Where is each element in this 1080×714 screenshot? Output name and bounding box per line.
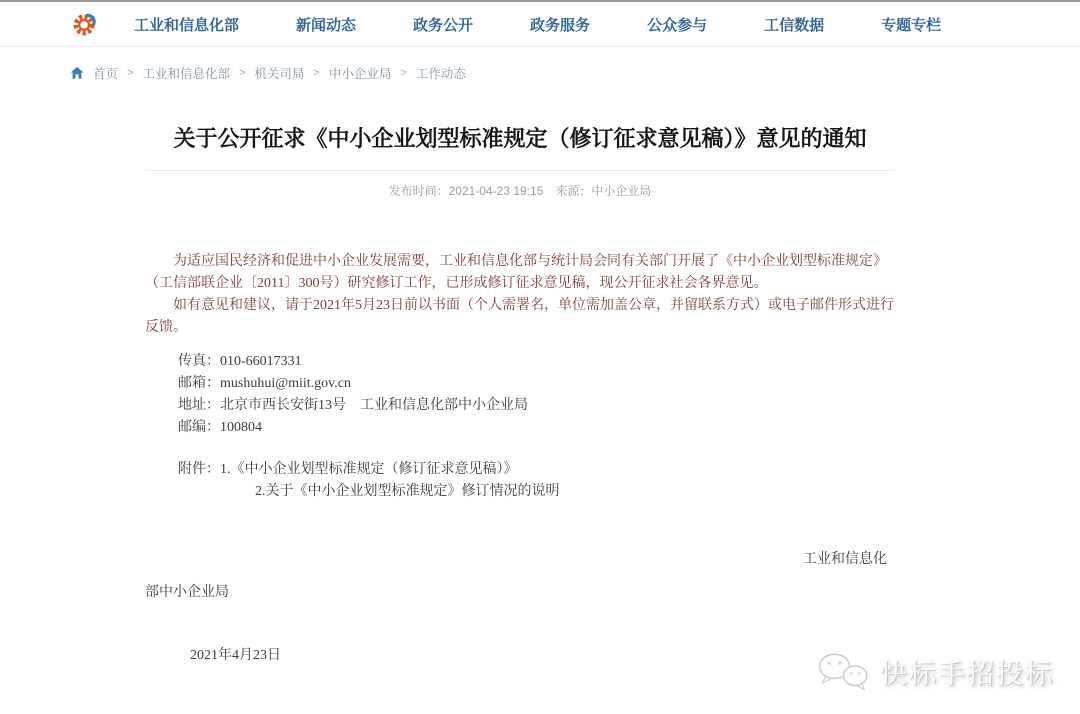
breadcrumb-departments[interactable]: 机关司局 — [254, 64, 304, 82]
signature-line-2: 部中小企业局 — [145, 582, 895, 604]
miit-logo-icon[interactable] — [70, 9, 100, 39]
nav-item-public-participation[interactable]: 公众参与 — [647, 14, 707, 35]
breadcrumb-ministry[interactable]: 工业和信息化部 — [142, 64, 230, 82]
signature-block: 工业和信息化 部中小企业局 — [145, 549, 895, 604]
contact-block: 传真：010-66017331 邮箱：mushuhui@miit.gov.cn … — [145, 351, 895, 439]
page-title: 关于公开征求《中小企业划型标准规定（修订征求意见稿）》意见的通知 — [145, 124, 895, 154]
watermark-text: 快标手招投标 — [880, 652, 1054, 691]
article-body: 为适应国民经济和促进中小企业发展需要，工业和信息化部与统计局会同有关部门开展了《… — [145, 251, 895, 339]
title-divider — [145, 170, 895, 171]
paragraph-2: 如有意见和建议，请于2021年5月23日前以书面（个人需署名，单位需加盖公章，并… — [145, 295, 895, 339]
contact-postcode: 邮编：100804 — [178, 417, 895, 439]
breadcrumb-separator: > — [239, 67, 245, 79]
breadcrumb-sme-bureau[interactable]: 中小企业局 — [329, 64, 392, 82]
breadcrumb: 首页 > 工业和信息化部 > 机关司局 > 中小企业局 > 工作动态 — [70, 64, 1080, 82]
attachment-link-2[interactable]: 2.关于《中小企业划型标准规定》修订情况的说明 — [145, 481, 895, 503]
nav-item-gov-disclosure[interactable]: 政务公开 — [413, 14, 473, 35]
publish-time: 发布时间：2021-04-23 19:15 — [389, 184, 544, 199]
attachment-link-1[interactable]: 附件：1.《中小企业划型标准规定（修订征求意见稿）》 — [145, 459, 895, 481]
home-icon[interactable] — [70, 66, 84, 80]
breadcrumb-home[interactable]: 首页 — [93, 64, 118, 82]
top-nav-bar: 工业和信息化部 新闻动态 政务公开 政务服务 公众参与 工信数据 专题专栏 — [0, 2, 1080, 47]
nav-item-ministry[interactable]: 工业和信息化部 — [134, 14, 239, 35]
contact-fax: 传真：010-66017331 — [178, 351, 895, 373]
nav-item-gov-services[interactable]: 政务服务 — [530, 14, 590, 35]
main-nav: 工业和信息化部 新闻动态 政务公开 政务服务 公众参与 工信数据 专题专栏 — [134, 14, 941, 35]
signature-line-1: 工业和信息化 — [145, 549, 895, 571]
article: 关于公开征求《中小企业划型标准规定（修订征求意见稿）》意见的通知 发布时间：20… — [145, 124, 895, 664]
nav-item-special-topics[interactable]: 专题专栏 — [881, 14, 941, 35]
attachments-block: 附件：1.《中小企业划型标准规定（修订征求意见稿）》 2.关于《中小企业划型标准… — [145, 459, 895, 503]
breadcrumb-separator: > — [313, 67, 319, 79]
contact-address: 地址：北京市西长安街13号 工业和信息化部中小企业局 — [178, 395, 895, 417]
paragraph-1: 为适应国民经济和促进中小企业发展需要，工业和信息化部与统计局会同有关部门开展了《… — [145, 251, 895, 295]
article-meta: 发布时间：2021-04-23 19:15 来源：中小企业局 — [145, 184, 895, 199]
contact-email: 邮箱：mushuhui@miit.gov.cn — [178, 373, 895, 395]
nav-item-news[interactable]: 新闻动态 — [296, 14, 356, 35]
breadcrumb-separator: > — [127, 67, 133, 79]
breadcrumb-separator: > — [400, 67, 406, 79]
breadcrumb-work-updates[interactable]: 工作动态 — [416, 64, 466, 82]
article-date: 2021年4月23日 — [145, 644, 895, 664]
source: 来源：中小企业局 — [555, 184, 651, 199]
nav-item-miit-data[interactable]: 工信数据 — [764, 14, 824, 35]
